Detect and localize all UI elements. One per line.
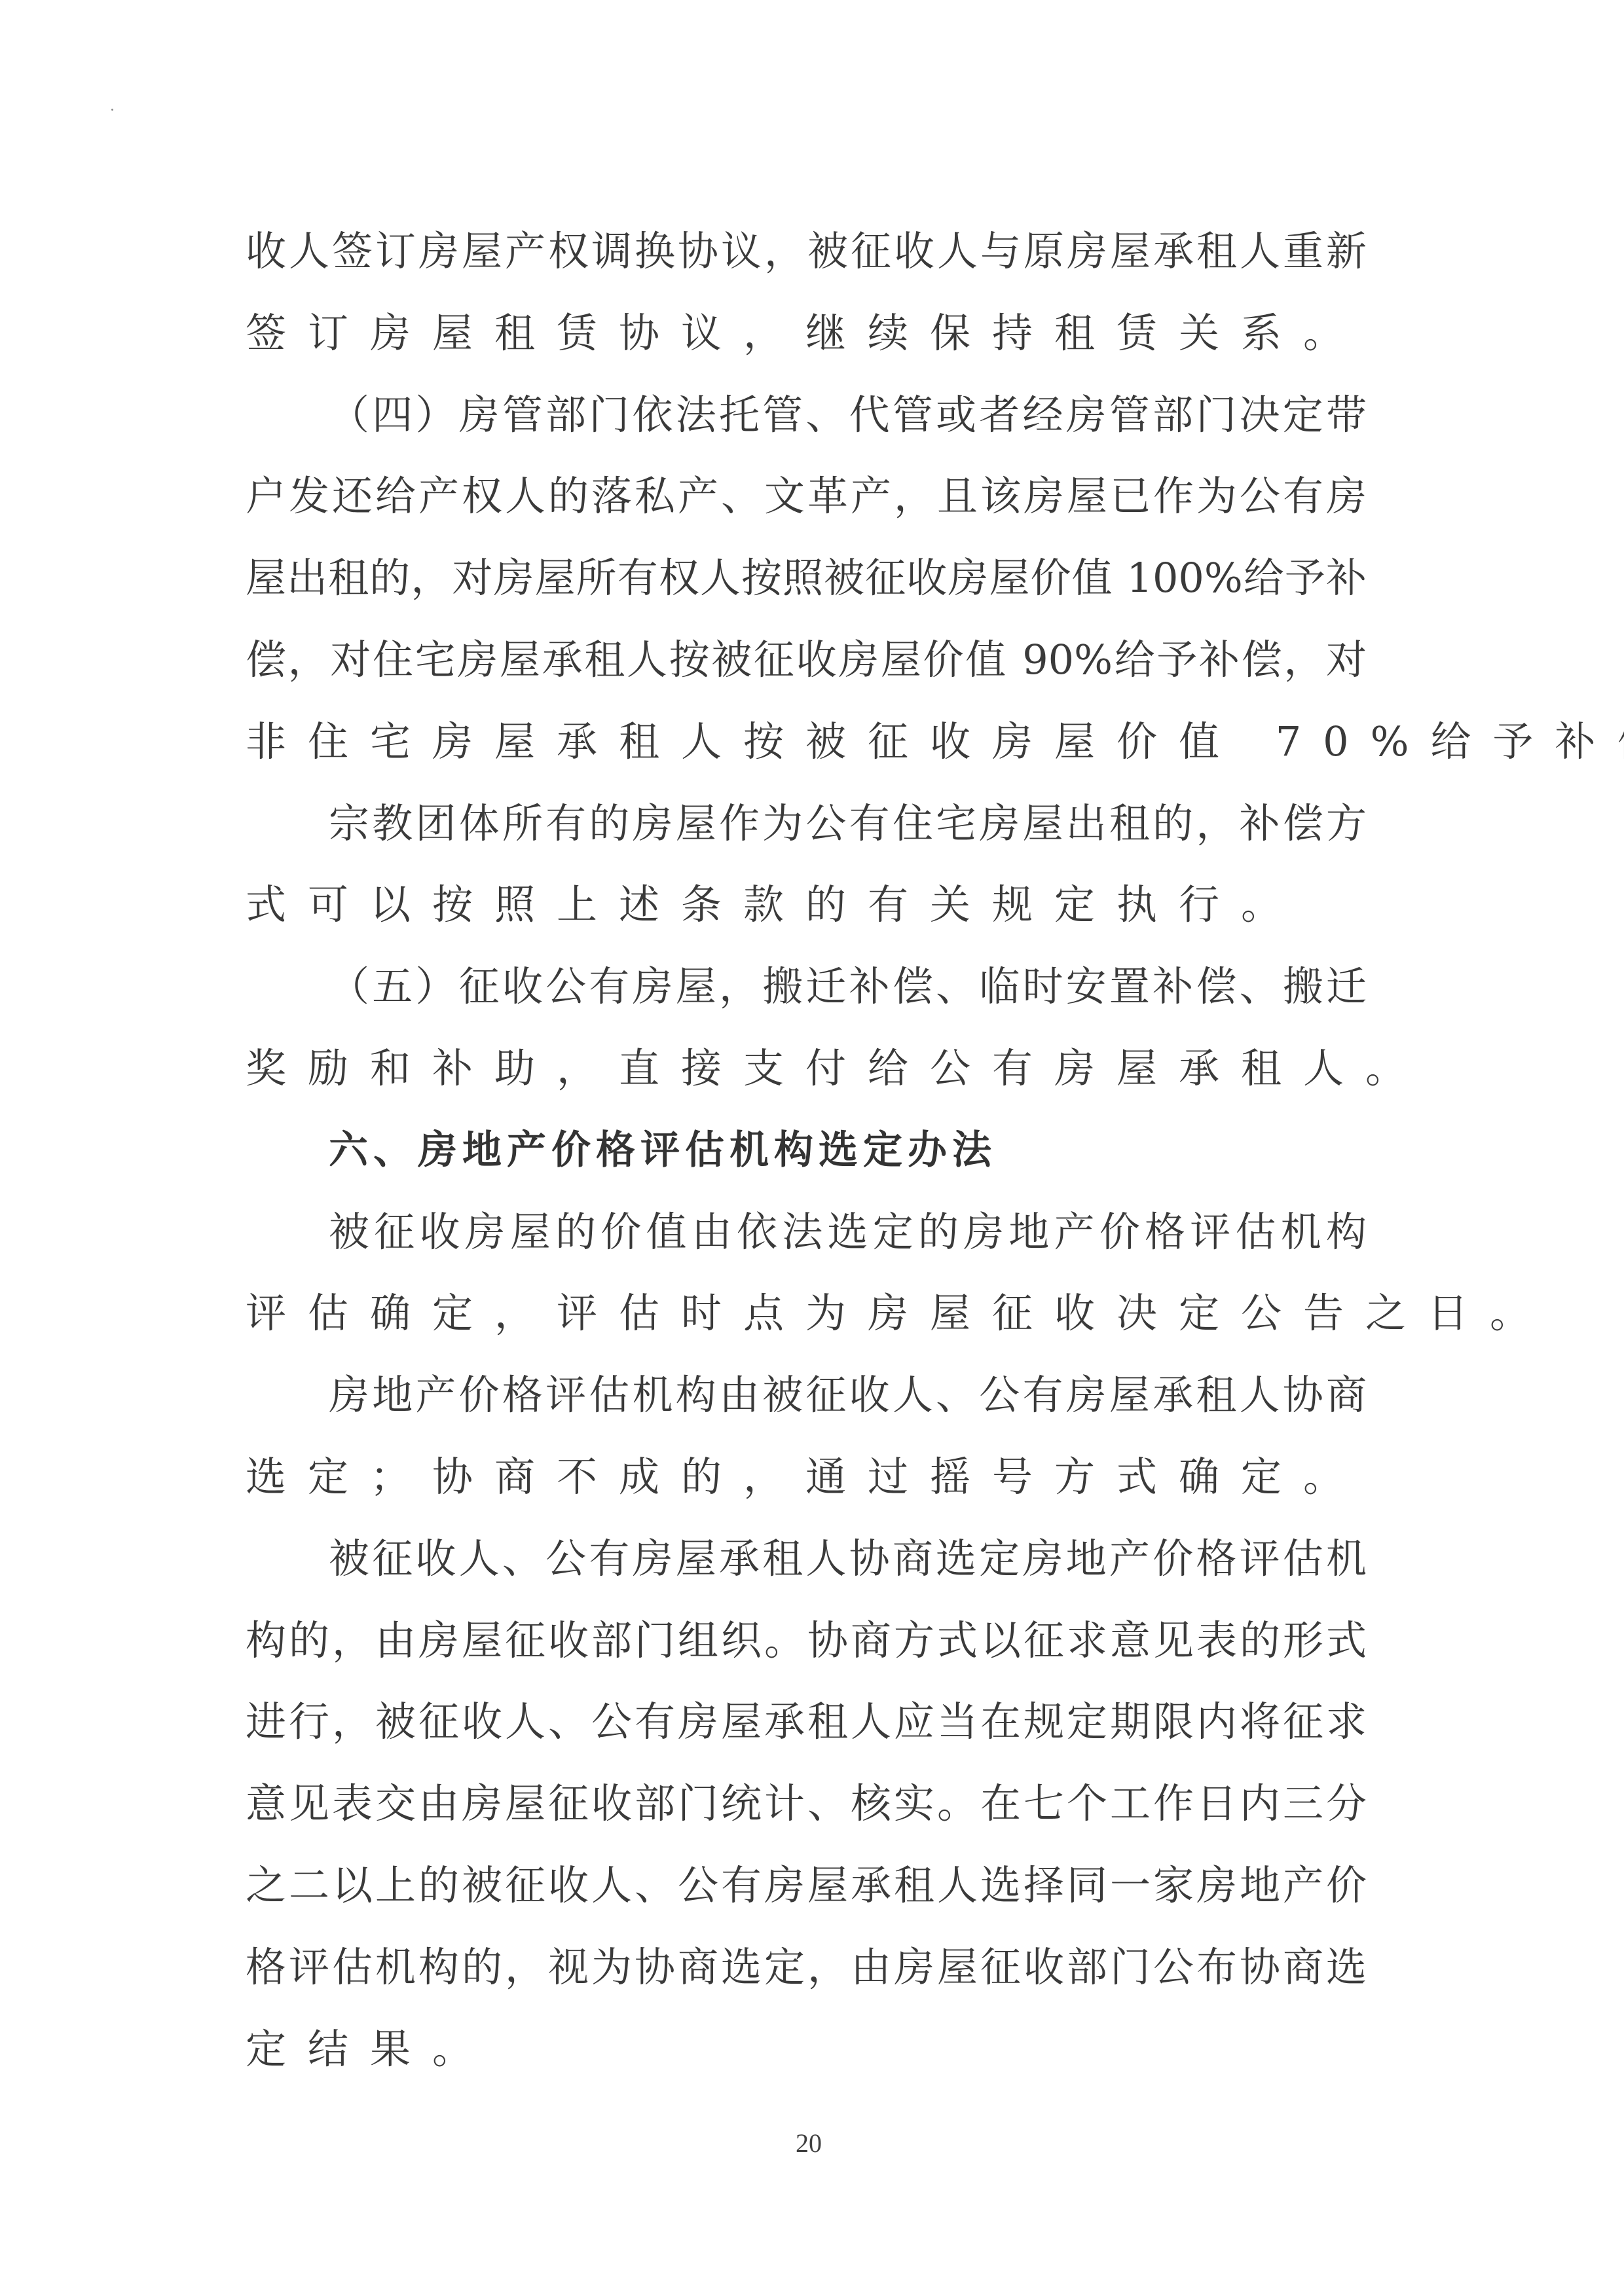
text-line: 定结果。 [246, 2009, 1367, 2090]
paragraph-religious-start: 宗教团体所有的房屋作为公有住宅房屋出租的，补偿方 [246, 783, 1367, 865]
scan-speck [111, 109, 113, 111]
text-line: 式可以按照上述条款的有关规定执行。 [246, 864, 1367, 946]
text-line: 格评估机构的，视为协商选定，由房屋征收部门公布协商选 [246, 1927, 1367, 2009]
text-line: 户发还给产权人的落私产、文革产，且该房屋已作为公有房 [246, 456, 1367, 538]
text-line: 收人签订房屋产权调换协议，被征收人与原房屋承租人重新 [246, 211, 1367, 293]
paragraph-negotiation-start: 被征收人、公有房屋承租人协商选定房地产价格评估机 [246, 1518, 1367, 1600]
section-heading: 六、房地产价格评估机构选定办法 [246, 1110, 1367, 1192]
paragraph-valuation-start: 被征收房屋的价值由依法选定的房地产价格评估机构 [246, 1192, 1367, 1273]
document-body: 收人签订房屋产权调换协议，被征收人与原房屋承租人重新 签订房屋租赁协议，继续保持… [246, 211, 1367, 2090]
text-line: 评估确定，评估时点为房屋征收决定公告之日。 [246, 1273, 1367, 1355]
paragraph-item-5-start: （五）征收公有房屋，搬迁补偿、临时安置补偿、搬迁 [246, 946, 1367, 1028]
text-line: 偿，对住宅房屋承租人按被征收房屋价值 90%给予补偿，对 [246, 619, 1367, 701]
text-line: 进行，被征收人、公有房屋承租人应当在规定期限内将征求 [246, 1681, 1367, 1763]
paragraph-selection-start: 房地产价格评估机构由被征收人、公有房屋承租人协商 [246, 1355, 1367, 1436]
text-line: 非住宅房屋承租人按被征收房屋价值 70%给予补偿。 [246, 701, 1367, 783]
document-page: 收人签订房屋产权调换协议，被征收人与原房屋承租人重新 签订房屋租赁协议，继续保持… [0, 0, 1624, 2296]
text-line: 签订房屋租赁协议，继续保持租赁关系。 [246, 293, 1367, 374]
text-line: 屋出租的，对房屋所有权人按照被征收房屋价值 100%给予补 [246, 538, 1367, 619]
paragraph-item-4-start: （四）房管部门依法托管、代管或者经房管部门决定带 [246, 374, 1367, 456]
text-line: 构的，由房屋征收部门组织。协商方式以征求意见表的形式 [246, 1600, 1367, 1682]
text-line: 意见表交由房屋征收部门统计、核实。在七个工作日内三分 [246, 1763, 1367, 1845]
text-line: 之二以上的被征收人、公有房屋承租人选择同一家房地产价 [246, 1845, 1367, 1927]
page-number: 20 [773, 2128, 845, 2159]
text-line: 奖励和补助，直接支付给公有房屋承租人。 [246, 1028, 1367, 1110]
text-line: 选定；协商不成的，通过摇号方式确定。 [246, 1436, 1367, 1518]
